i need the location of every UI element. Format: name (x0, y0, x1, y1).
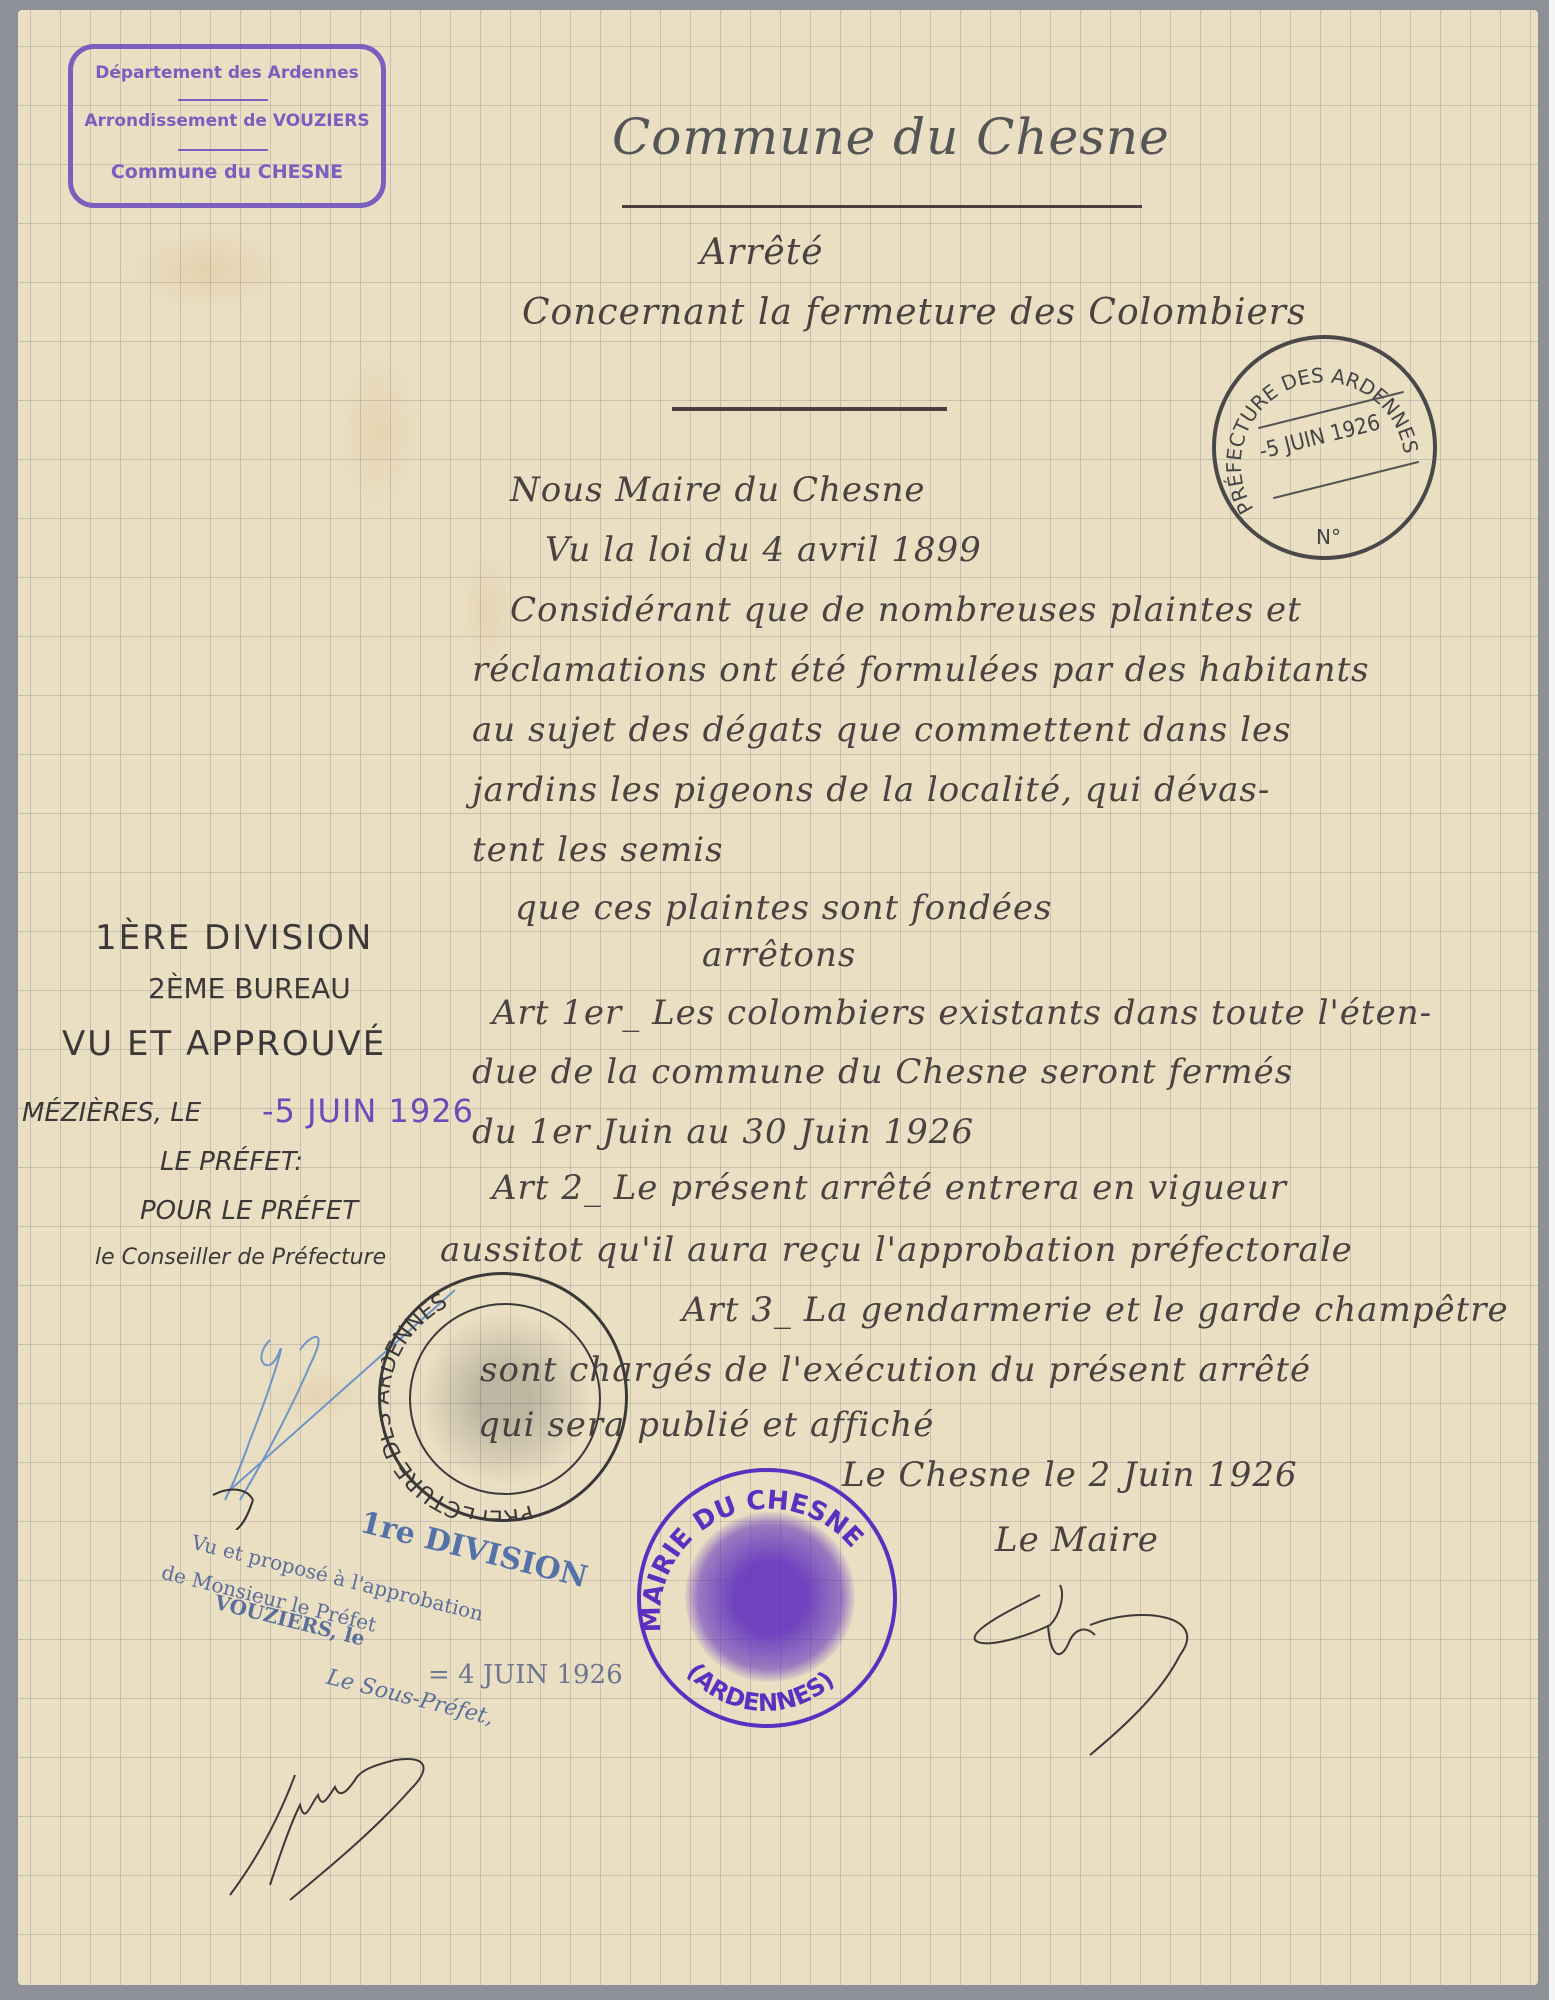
place-date: Le Chesne le 2 Juin 1926 (842, 1455, 1298, 1495)
body-line: Art 3_ La gendarmerie et le garde champê… (682, 1290, 1509, 1330)
stamp-separator (178, 149, 268, 151)
approval-place: MÉZIÈRES, LE (22, 1098, 201, 1128)
approval-division: 1ÈRE DIVISION (95, 918, 373, 958)
mayor-signature (970, 1555, 1230, 1755)
body-line: due de la commune du Chesne seront fermé… (472, 1052, 1293, 1092)
subject-underline (672, 407, 947, 411)
svg-text:N°: N° (1316, 525, 1341, 549)
body-line: que ces plaintes sont fondées (515, 888, 1052, 928)
approval-date: -5 JUIN 1926 (262, 1092, 474, 1130)
prefecture-seal: PRÉFECTURE DES ARDENNES (378, 1272, 628, 1522)
subprefect-date: = 4 JUIN 1926 (428, 1660, 623, 1690)
body-line: du 1er Juin au 30 Juin 1926 (472, 1112, 974, 1152)
commune-title: Commune du Chesne (612, 108, 1170, 166)
document-subject: Concernant la fermeture des Colombiers (522, 292, 1307, 333)
body-line: jardins les pigeons de la localité, qui … (472, 770, 1270, 810)
approval-prefet: LE PRÉFET: (160, 1147, 303, 1177)
body-line: Nous Maire du Chesne (510, 470, 925, 510)
approval-bureau: 2ÈME BUREAU (148, 972, 351, 1005)
subprefect-check-mark (208, 1480, 268, 1534)
subprefect-signature (200, 1735, 460, 1905)
body-line: Art 2_ Le présent arrêté entrera en vigu… (492, 1168, 1287, 1208)
body-line: au sujet des dégats que commettent dans … (472, 710, 1292, 750)
approval-pour-prefet: POUR LE PRÉFET (140, 1196, 358, 1226)
document-type: Arrêté (700, 232, 824, 273)
body-line: réclamations ont été formulées par des h… (472, 650, 1370, 690)
signatory-title: Le Maire (995, 1520, 1159, 1560)
mairie-seal: MAIRIE DU CHESNE (ARDENNES) (637, 1468, 897, 1728)
department-header-stamp: Département des Ardennes Arrondissement … (68, 44, 386, 208)
body-line: arrêtons (702, 935, 856, 975)
prefecture-reception-stamp: PRÉFECTURE DES ARDENNES N° -5 JUIN 1926 (1212, 335, 1437, 560)
body-line: Art 1er_ Les colombiers existants dans t… (492, 993, 1432, 1033)
stamp-arrondissement-line: Arrondissement de VOUZIERS (73, 111, 381, 131)
body-line: tent les semis (472, 830, 724, 870)
approval-conseiller: le Conseiller de Préfecture (95, 1245, 386, 1270)
title-underline (622, 205, 1142, 208)
approval-vu-approuve: VU ET APPROUVÉ (62, 1024, 386, 1064)
scan-edge (1549, 0, 1555, 2000)
stamp-department-line: Département des Ardennes (73, 63, 381, 83)
body-line: aussitot qu'il aura reçu l'approbation p… (440, 1230, 1353, 1270)
body-line: Considérant que de nombreuses plaintes e… (510, 590, 1302, 630)
marianne-emblem (685, 1512, 855, 1682)
stamp-commune-line: Commune du CHESNE (73, 161, 381, 183)
stamp-separator (178, 99, 268, 101)
body-line: Vu la loi du 4 avril 1899 (545, 530, 982, 570)
seal-emblem (409, 1303, 601, 1495)
